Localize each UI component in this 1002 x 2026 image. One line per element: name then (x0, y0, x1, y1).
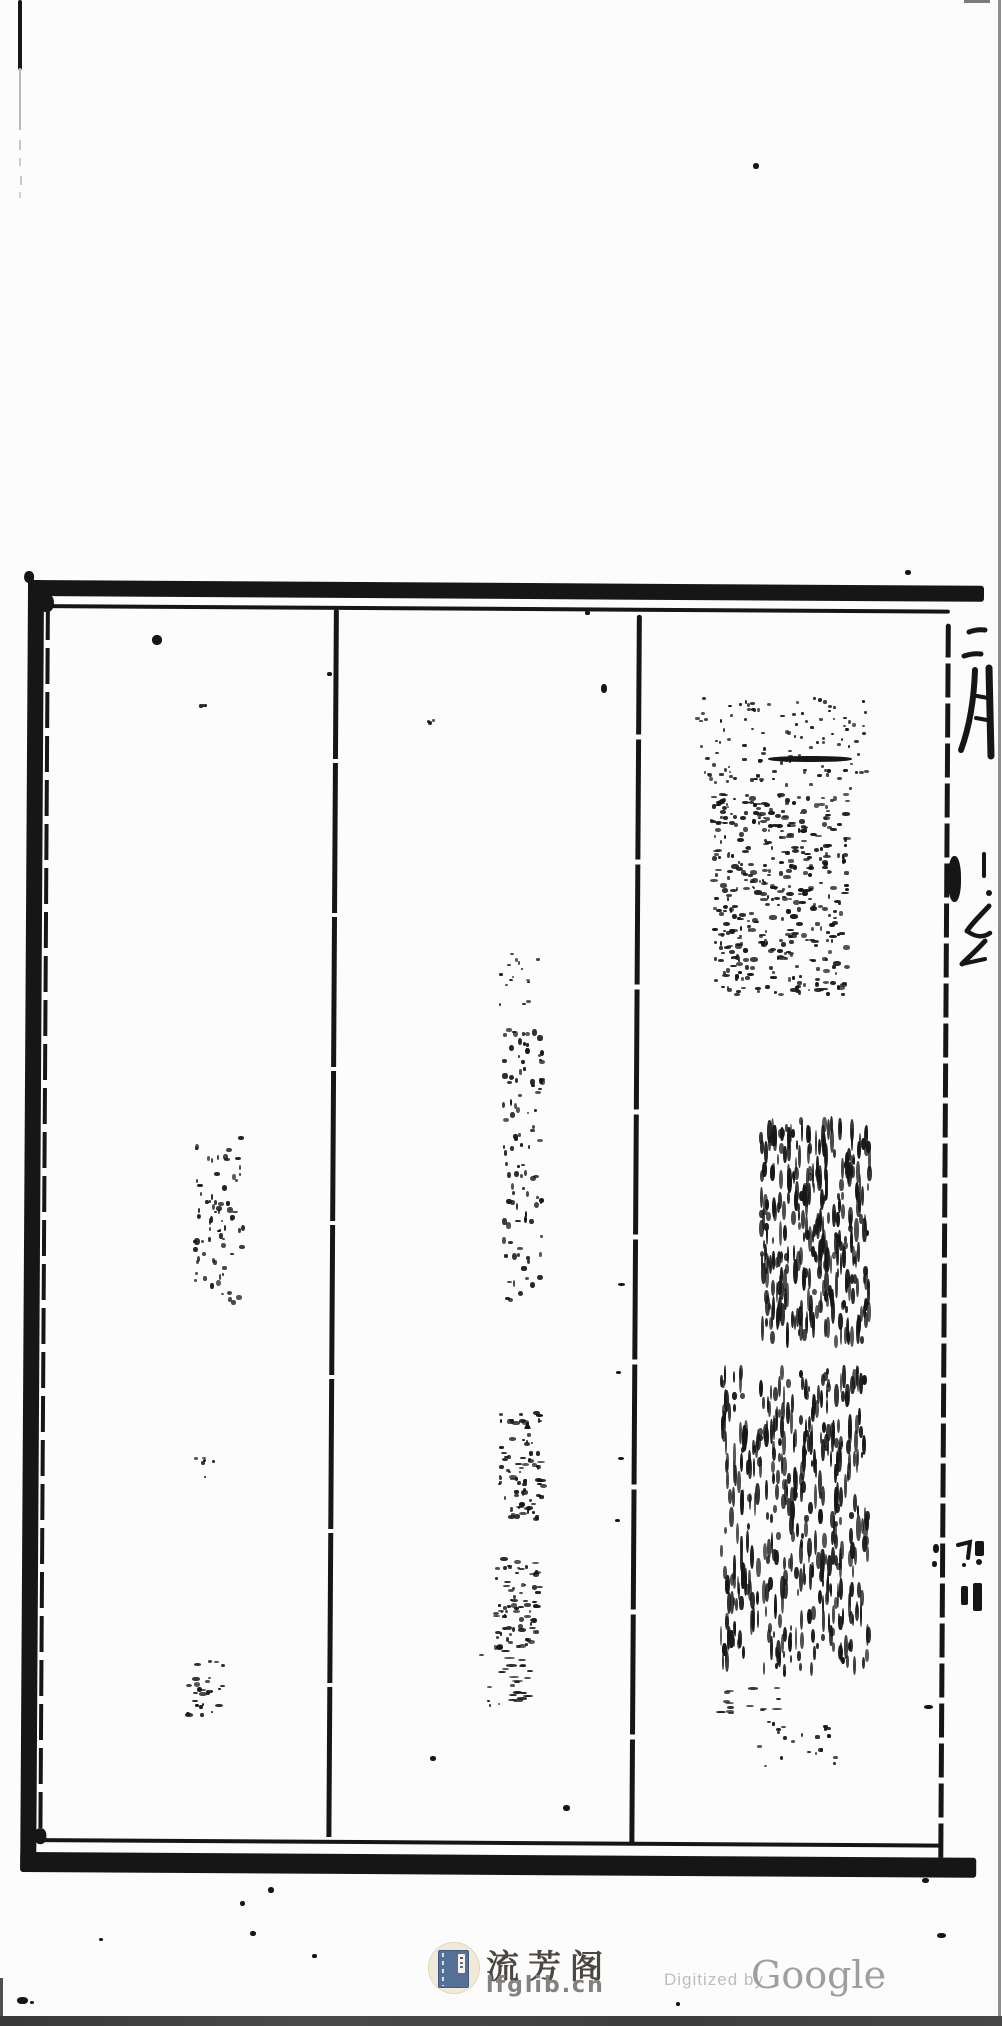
ink-smudge-mid-col-faint-1 (497, 950, 545, 1020)
ink-smudge-left-col-small-marks (192, 1455, 228, 1495)
ink-speck (905, 570, 911, 575)
ink-speck (563, 1805, 570, 1811)
ink-speck (932, 1561, 937, 1567)
ink-speck (601, 684, 607, 693)
ink-speck (327, 672, 332, 676)
ink-smudge-mid-col-faint-long (496, 1028, 550, 1304)
ink-smudge-mid-col-dense-2 (486, 1556, 546, 1652)
ink-speck (99, 1938, 103, 1941)
ink-smudge-mid-col-dense-1 (492, 1410, 550, 1522)
ink-smudge-right-col-bottom-scatter (756, 1720, 841, 1770)
ink-speck (768, 756, 852, 762)
ink-speck (676, 2002, 680, 2006)
ink-speck (430, 1756, 436, 1761)
ink-smudge-mid-col-bottom-dots (487, 1698, 513, 1714)
ink-speck (268, 1887, 274, 1893)
book-title-label (458, 1954, 465, 1973)
ink-speck (250, 1931, 256, 1936)
ink-speck (937, 1933, 946, 1938)
ink-speck (616, 1371, 621, 1374)
ink-speck (753, 163, 759, 169)
ink-speck (585, 611, 590, 615)
ink-speck (922, 1878, 929, 1883)
ink-smudge-right-col-bottom-dashes (713, 1686, 783, 1714)
ink-smudge-right-col-streak-block-1 (744, 1116, 892, 1348)
ink-speck (618, 1457, 624, 1460)
ink-speck (30, 2001, 34, 2004)
ink-speck (615, 1519, 620, 1522)
ink-smudge-right-col-top-scatter (695, 696, 870, 791)
ink-speck (152, 635, 162, 645)
book-stitch-detail (442, 1953, 444, 1986)
lfglib-logo-badge (428, 1942, 480, 1994)
digitized-by-label: Digitized by (664, 1970, 764, 1990)
ink-smudge-right-col-streak-block-2 (700, 1362, 898, 1677)
ink-smudge-left-col-top-marks (190, 696, 216, 712)
ink-speck (240, 1901, 245, 1906)
ink-smudge-right-col-mottled-block (692, 793, 874, 997)
ink-speck (948, 856, 961, 902)
ink-smudge-mid-col-dashes (476, 1650, 534, 1702)
ink-smudge-layer (0, 0, 1002, 2026)
ink-speck (924, 1705, 933, 1709)
stitched-book-icon (438, 1950, 469, 1988)
ink-speck (17, 1997, 28, 2004)
ink-speck (933, 1544, 939, 1553)
ink-smudge-left-col-mid-column (187, 1133, 251, 1305)
scanned-book-page: 流芳阁 lfglib.cn Digitized by Google (0, 0, 1002, 2026)
ink-speck (618, 1283, 625, 1286)
ink-smudge-mid-col-top-tick (423, 712, 441, 736)
lfglib-domain: lfglib.cn (486, 1973, 605, 1998)
ink-speck (312, 1954, 317, 1958)
google-wordmark: Google (751, 1953, 886, 1997)
ink-smudge-left-col-bottom-cluster (180, 1660, 232, 1720)
